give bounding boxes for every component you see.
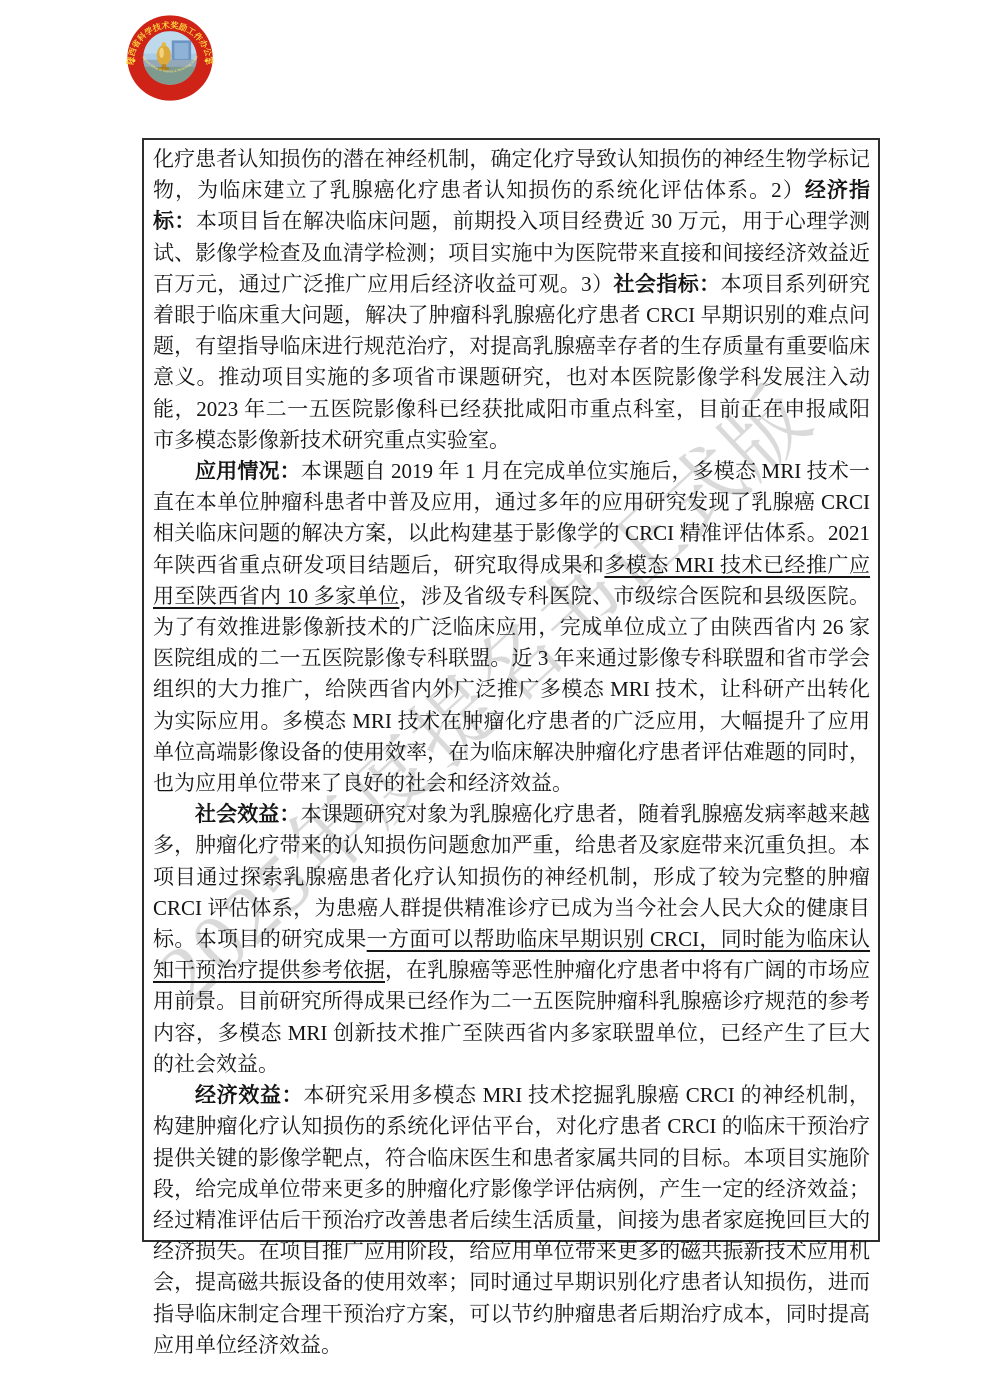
body-text: 本项目系列研究着眼于临床重大问题，解决了肿瘤科乳腺癌化疗患者 CRCI 早期识别… [153, 272, 870, 452]
body-text: ，涉及省级专科医院、市级综合医院和县级医院。为了有效推进影像新技术的广泛临床应用… [153, 584, 870, 795]
paragraph: 社会效益：本课题研究对象为乳腺癌化疗患者，随着乳腺癌发病率越来越多，肿瘤化疗带来… [153, 799, 870, 1080]
seal-right-star-icon [205, 59, 208, 62]
section-label: 经济效益： [195, 1083, 303, 1107]
seal-left-star-icon [132, 59, 135, 62]
award-office-seal-logo: 陕西省科学技术奖励工作办公室 Shaanxi Office Of Science… [126, 14, 214, 102]
document-page: { "logo": { "arc_text_cn": "陕西省科学技术奖励工作办… [0, 0, 990, 1399]
body-text: 本研究采用多模态 MRI 技术挖掘乳腺癌 CRCI 的神经机制，构建肿瘤化疗认知… [153, 1083, 870, 1357]
body-text: 化疗患者认知损伤的潜在神经机制，确定化疗导致认知损伤的神经生物学标记物，为临床建… [153, 147, 870, 202]
paragraph: 化疗患者认知损伤的潜在神经机制，确定化疗导致认知损伤的神经生物学标记物，为临床建… [153, 144, 870, 456]
section-label: 社会效益： [195, 802, 300, 826]
paragraph: 应用情况：本课题自 2019 年 1 月在完成单位实施后，多模态 MRI 技术一… [153, 456, 870, 799]
document-body: 化疗患者认知损伤的潜在神经机制，确定化疗导致认知损伤的神经生物学标记物，为临床建… [142, 138, 880, 1242]
paragraph: 经济效益：本研究采用多模态 MRI 技术挖掘乳腺癌 CRCI 的神经机制，构建肿… [153, 1080, 870, 1361]
section-label: 应用情况： [195, 459, 301, 483]
section-label: 社会指标： [614, 272, 721, 296]
seal-logo-icon: 陕西省科学技术奖励工作办公室 Shaanxi Office Of Science… [126, 14, 214, 102]
